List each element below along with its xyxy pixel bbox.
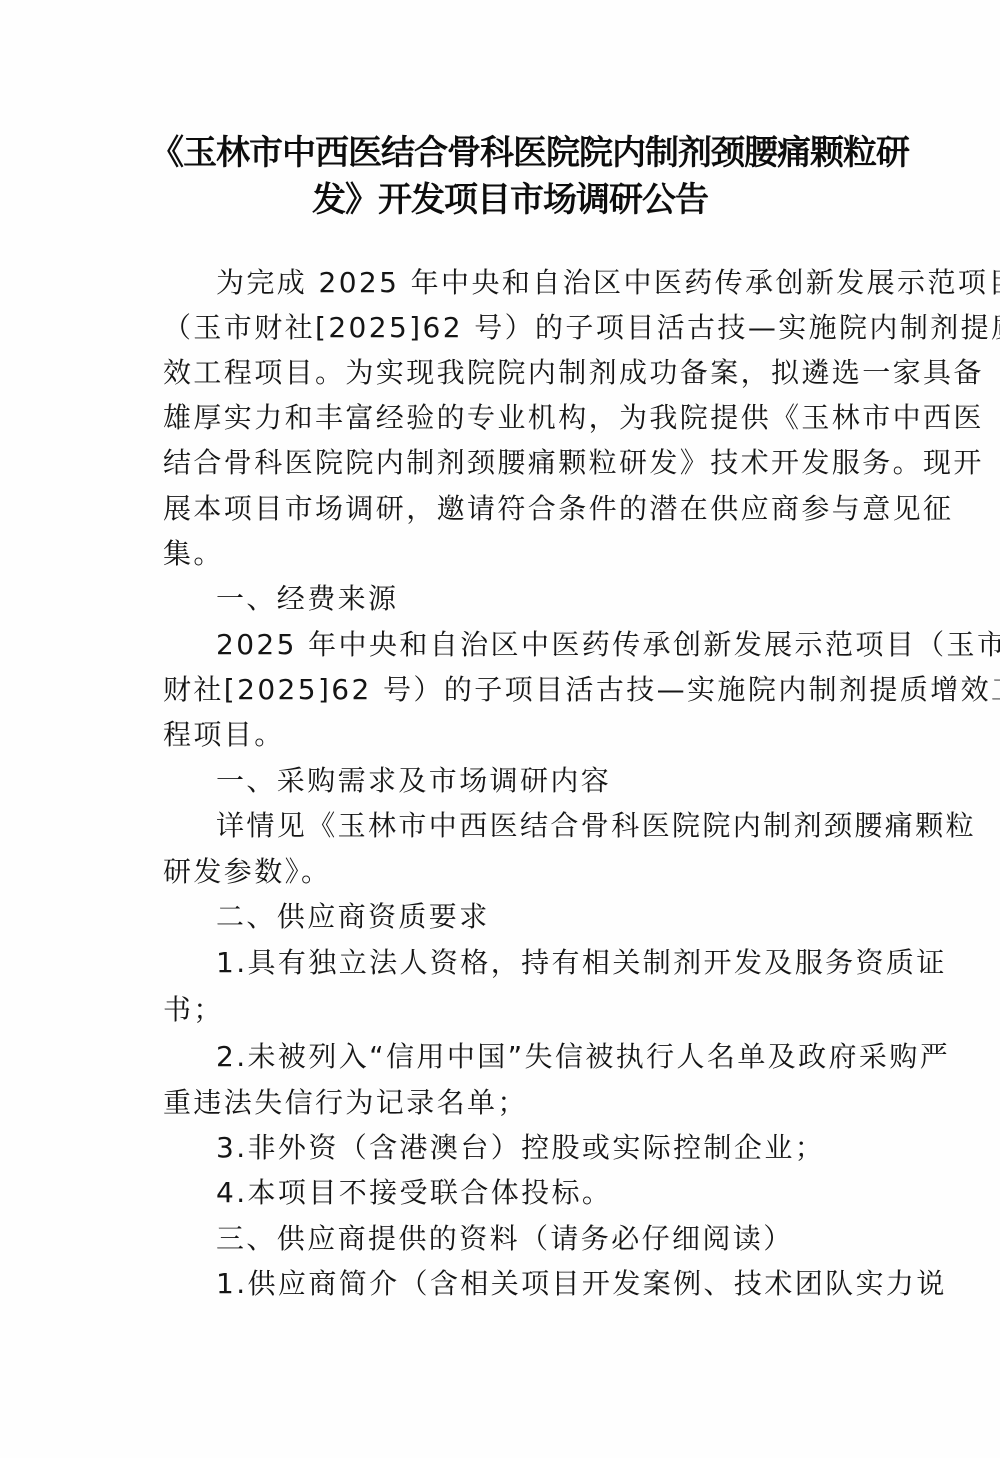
qualification-item-1-line-1: 1.具有独立法人资格，持有相关制剂开发及服务资质证 (216, 946, 947, 980)
funding-line-2: 财社[2025]62 号）的子项目活古技—实施院内制剂提质增效工 (163, 673, 1000, 707)
intro-line-4: 雄厚实力和丰富经验的专业机构，为我院提供《玉林市中西医 (163, 401, 984, 435)
qualification-item-4: 4.本项目不接受联合体投标。 (216, 1176, 612, 1210)
requirements-line-1: 详情见《玉林市中西医结合骨科医院院内制剂颈腰痛颗粒 (216, 809, 976, 843)
requirements-line-2: 研发参数》。 (163, 855, 331, 889)
qualification-item-1-line-2: 书； (163, 993, 224, 1027)
section-funding-heading: 一、经费来源 (216, 582, 398, 616)
qualification-item-3: 3.非外资（含港澳台）控股或实际控制企业； (216, 1131, 825, 1165)
document-page: 《玉林市中西医结合骨科医院院内制剂颈腰痛颗粒研 发》开发项目市场调研公告 为完成… (0, 0, 1000, 1458)
qualification-item-2-line-2: 重违法失信行为记录名单； (163, 1086, 528, 1120)
intro-line-2: （玉市财社[2025]62 号）的子项目活古技—实施院内制剂提质增 (163, 311, 1000, 345)
document-title-line-2: 发》开发项目市场调研公告 (150, 172, 870, 221)
funding-line-1: 2025 年中央和自治区中医药传承创新发展示范项目（玉市 (216, 628, 1000, 662)
document-title-line-1: 《玉林市中西医结合骨科医院院内制剂颈腰痛颗粒研 (150, 125, 870, 174)
funding-line-3: 程项目。 (163, 718, 285, 752)
section-materials-heading: 三、供应商提供的资料（请务必仔细阅读） (216, 1222, 794, 1256)
section-qualifications-heading: 二、供应商资质要求 (216, 900, 490, 934)
intro-line-1: 为完成 2025 年中央和自治区中医药传承创新发展示范项目 (216, 266, 1000, 300)
intro-line-6: 展本项目市场调研，邀请符合条件的潜在供应商参与意见征 (163, 492, 953, 526)
materials-item-1-line-1: 1.供应商简介（含相关项目开发案例、技术团队实力说 (216, 1267, 947, 1301)
section-requirements-heading: 一、采购需求及市场调研内容 (216, 764, 611, 798)
intro-line-7: 集。 (163, 537, 224, 571)
intro-line-5: 结合骨科医院院内制剂颈腰痛颗粒研发》技术开发服务。现开 (163, 446, 984, 480)
qualification-item-2-line-1: 2.未被列入“信用中国”失信被执行人名单及政府采购严 (216, 1040, 950, 1074)
intro-line-3: 效工程项目。为实现我院院内制剂成功备案，拟遴选一家具备 (163, 356, 984, 390)
